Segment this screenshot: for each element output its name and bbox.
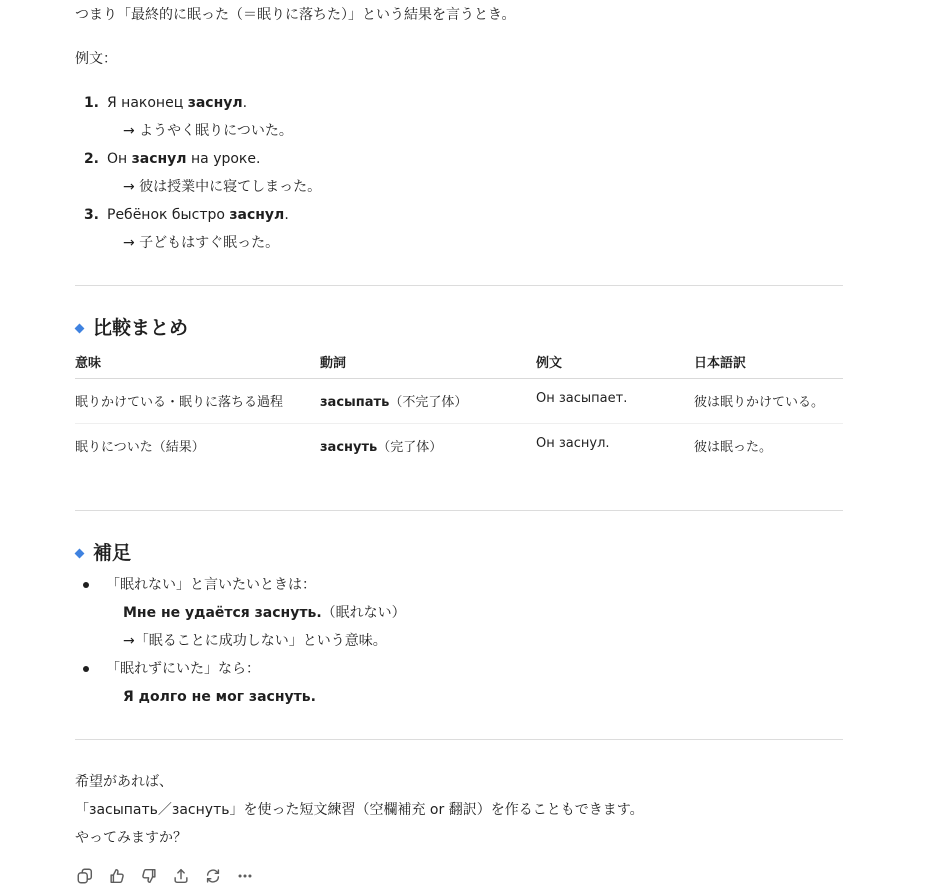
cell-meaning: 眠りについた（結果） — [75, 436, 205, 455]
share-button[interactable] — [171, 866, 191, 886]
regenerate-icon — [204, 867, 222, 885]
cell-verb: заснуть（完了体） — [320, 436, 442, 455]
closing-line-3: やってみますか？ — [75, 828, 187, 848]
verb-bold: заснуть — [320, 440, 377, 455]
divider — [75, 510, 843, 511]
thumbs-down-button[interactable] — [139, 866, 159, 886]
table-header-translation: 日本語訳 — [694, 352, 746, 371]
example-ru-bold: заснул — [229, 207, 284, 223]
example-ru-text: Ребёнок быстро — [107, 207, 229, 223]
example-translation: → ようやく眠りについた。 — [123, 121, 293, 141]
example-ru-text: Я наконец — [107, 95, 188, 111]
example-translation: → 子どもはすぐ眠った。 — [123, 233, 279, 253]
closing-line-1: 希望があれば、 — [75, 772, 173, 792]
more-options-button[interactable] — [235, 866, 255, 886]
cell-translation: 彼は眠りかけている。 — [694, 391, 824, 410]
supplement-ru-bold: Я долго не мог заснуть. — [123, 687, 316, 707]
table-header-meaning: 意味 — [75, 352, 101, 371]
example-ru-text: . — [243, 95, 247, 111]
list-number: 3. — [75, 205, 99, 225]
copy-button[interactable] — [75, 866, 95, 886]
supplement-item-label: 「眠れない」と言いたいときは： — [106, 575, 316, 595]
table-header-verb: 動詞 — [320, 352, 346, 371]
supplement-ru-bold: Мне не удаётся заснуть. — [123, 605, 322, 621]
regenerate-button[interactable] — [203, 866, 223, 886]
list-number: 2. — [75, 149, 99, 169]
example-translation: → 彼は授業中に寝てしまった。 — [123, 177, 321, 197]
table-row-border — [75, 423, 843, 424]
cell-translation: 彼は眠った。 — [694, 436, 772, 455]
bullet-icon — [83, 582, 89, 588]
supplement-item-label: 「眠れずにいた」なら： — [106, 659, 260, 679]
list-number: 1. — [75, 93, 99, 113]
thumbs-down-icon — [140, 867, 158, 885]
cell-verb: засыпать（不完了体） — [320, 391, 467, 410]
table-header-border — [75, 378, 843, 379]
example-ru-text: . — [284, 207, 288, 223]
example-ru-text: на уроке. — [187, 151, 261, 167]
thumbs-up-icon — [108, 867, 126, 885]
example-item: 1.Я наконец заснул. — [75, 93, 247, 113]
heading-text: 補足 — [93, 540, 131, 566]
verb-bold: засыпать — [320, 395, 389, 410]
diamond-bullet-icon — [75, 323, 85, 333]
table-header-example: 例文 — [536, 352, 562, 371]
cell-example: Он заснул. — [536, 436, 610, 451]
supplement-example: Мне не удаётся заснуть.（眠れない） — [123, 603, 406, 623]
heading-text: 比較まとめ — [93, 315, 188, 341]
supplement-explanation: →「眠ることに成功しない」という意味。 — [123, 631, 387, 651]
example-item: 3.Ребёнок быстро заснул. — [75, 205, 289, 225]
diamond-bullet-icon — [75, 548, 85, 558]
message-actions — [75, 866, 255, 886]
supplement-ru-note: （眠れない） — [322, 605, 406, 621]
copy-icon — [76, 867, 94, 885]
summary-line: つまり「最終的に眠った（＝眠りに落ちた）」という結果を言うとき。 — [75, 5, 515, 25]
share-icon — [172, 867, 190, 885]
verb-note: （不完了体） — [389, 395, 467, 410]
example-item: 2.Он заснул на уроке. — [75, 149, 260, 169]
bullet-icon — [83, 666, 89, 672]
more-icon — [236, 867, 254, 885]
divider — [75, 285, 843, 286]
example-ru-bold: заснул — [188, 95, 243, 111]
closing-line-2: 「засыпать／заснуть」を使った短文練習（空欄補充 or 翻訳）を作… — [75, 800, 644, 820]
examples-label: 例文： — [75, 49, 117, 69]
comparison-heading: 比較まとめ — [65, 315, 188, 341]
example-ru-text: Он — [107, 151, 132, 167]
example-ru-bold: заснул — [132, 151, 187, 167]
verb-note: （完了体） — [377, 440, 442, 455]
supplement-heading: 補足 — [65, 540, 131, 566]
cell-example: Он засыпает. — [536, 391, 627, 406]
thumbs-up-button[interactable] — [107, 866, 127, 886]
cell-meaning: 眠りかけている・眠りに落ちる過程 — [75, 391, 283, 410]
divider — [75, 739, 843, 740]
